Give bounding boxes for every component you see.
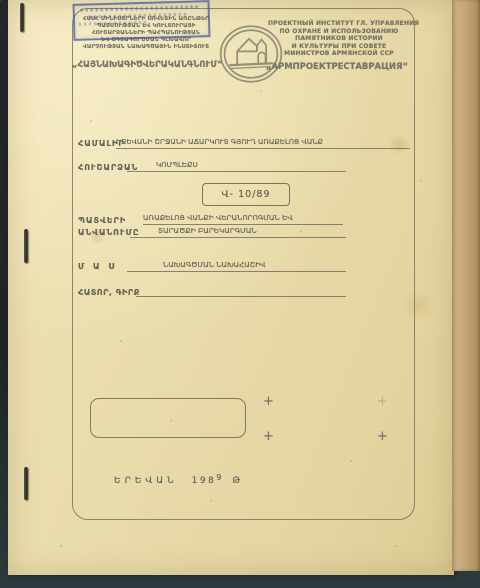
registration-mark-icon: + (263, 395, 274, 408)
registration-mark-icon: + (377, 430, 388, 443)
scanned-document-photo: ՀՍՍՀ ՄԻՆԻՍՏՐՆԵՐԻ ՍՈՎԵՏԻՆ ԱՌԸՆԹԵՐ ՊԱՏՄՈՒԹ… (0, 0, 480, 588)
footer-city-year: ԵՐԵՎԱՆ1989Թ (114, 476, 244, 486)
institute-name-russian: „АРМПРОЕКТРЕСТАВРАЦИЯ“ (263, 62, 411, 72)
registration-mark-icon: + (377, 395, 388, 408)
field-part-value: ՆԱԽԱԳԾՄԱՆ ՆԱԽԱՀԱՇԻՎ (127, 260, 346, 272)
ink-stamp (73, 0, 211, 41)
footer-year: 198 (192, 476, 217, 486)
stamp-text-smudge (79, 21, 149, 26)
field-complex-value: ԻՋԵՎԱՆԻ ՇՐՋԱՆԻ ԱՃԱՐԿՈՒՏ ԳՅՈՒՂ ԱՌԱՔԵԼՈՑ Վ… (116, 137, 410, 149)
booklet-page-edges (452, 0, 480, 571)
letterhead-line: ПАМЯТНИКОВ ИСТОРИИ (268, 35, 410, 43)
footer-year-suffix: Թ (232, 476, 244, 486)
paper-speckles (0, 0, 2, 2)
footer-year-raised-digit: 9 (216, 473, 225, 482)
letterhead-line: ՎԱՐՉՈՒԹՅԱՆ ՆԱԽԱԳԾԱՅԻՆ ԻՆՍՏԻՏՈՒՏ (73, 44, 219, 51)
institute-name-armenian: „ՀԱՅՆԱԽԱԳԻԾՎԵՐԱԿԱՆԳՆՈՒՄ“ (72, 60, 218, 70)
registration-mark-icon: + (263, 430, 274, 443)
staple-icon (20, 3, 24, 32)
letterhead-line: МИНИСТРОВ АРМЯНСКОЙ ССР (268, 50, 410, 58)
staple-icon (24, 467, 28, 500)
letterhead-line: ПРОЕКТНЫЙ ИНСТИТУТ ГЛ. УПРАВЛЕНИЯ (268, 20, 410, 28)
letterhead-line: ПО ОХРАНЕ И ИСПОЛЬЗОВАНИЮ (268, 28, 410, 36)
field-order-value-line2: ՏԱՐԱԾՔԻ ԲԱՐԵԿԱՐԳՄԱՆ (130, 226, 346, 238)
field-volume-label: ՀԱՏՈՐ, ԳԻՐՔ (78, 288, 140, 297)
field-part-label: Մ Ա Ս (78, 262, 117, 271)
field-order-label-line1: ՊԱՏՎԵՐԻ (78, 216, 126, 225)
stamp-text-smudge (81, 5, 199, 11)
letterhead-russian: ПРОЕКТНЫЙ ИНСТИТУТ ГЛ. УПРАВЛЕНИЯ ПО ОХР… (268, 20, 410, 58)
staple-icon (24, 229, 28, 263)
footer-city: ԵՐԵՎԱՆ (114, 476, 178, 486)
blank-stamp-box (90, 398, 246, 438)
stamp-text-smudge (89, 13, 189, 19)
project-code-box: Վ- 10/89 (202, 183, 290, 206)
field-order-value-line1: ԱՌԱՔԵԼՈՑ ՎԱՆՔԻ ՎԵՐԱՆՈՐՈԳՄԱՆ ԵՎ (143, 213, 343, 225)
field-volume-value-blank (136, 284, 346, 297)
field-monument-value: ԿՈՄՊԼԵՔՍ (127, 160, 346, 172)
